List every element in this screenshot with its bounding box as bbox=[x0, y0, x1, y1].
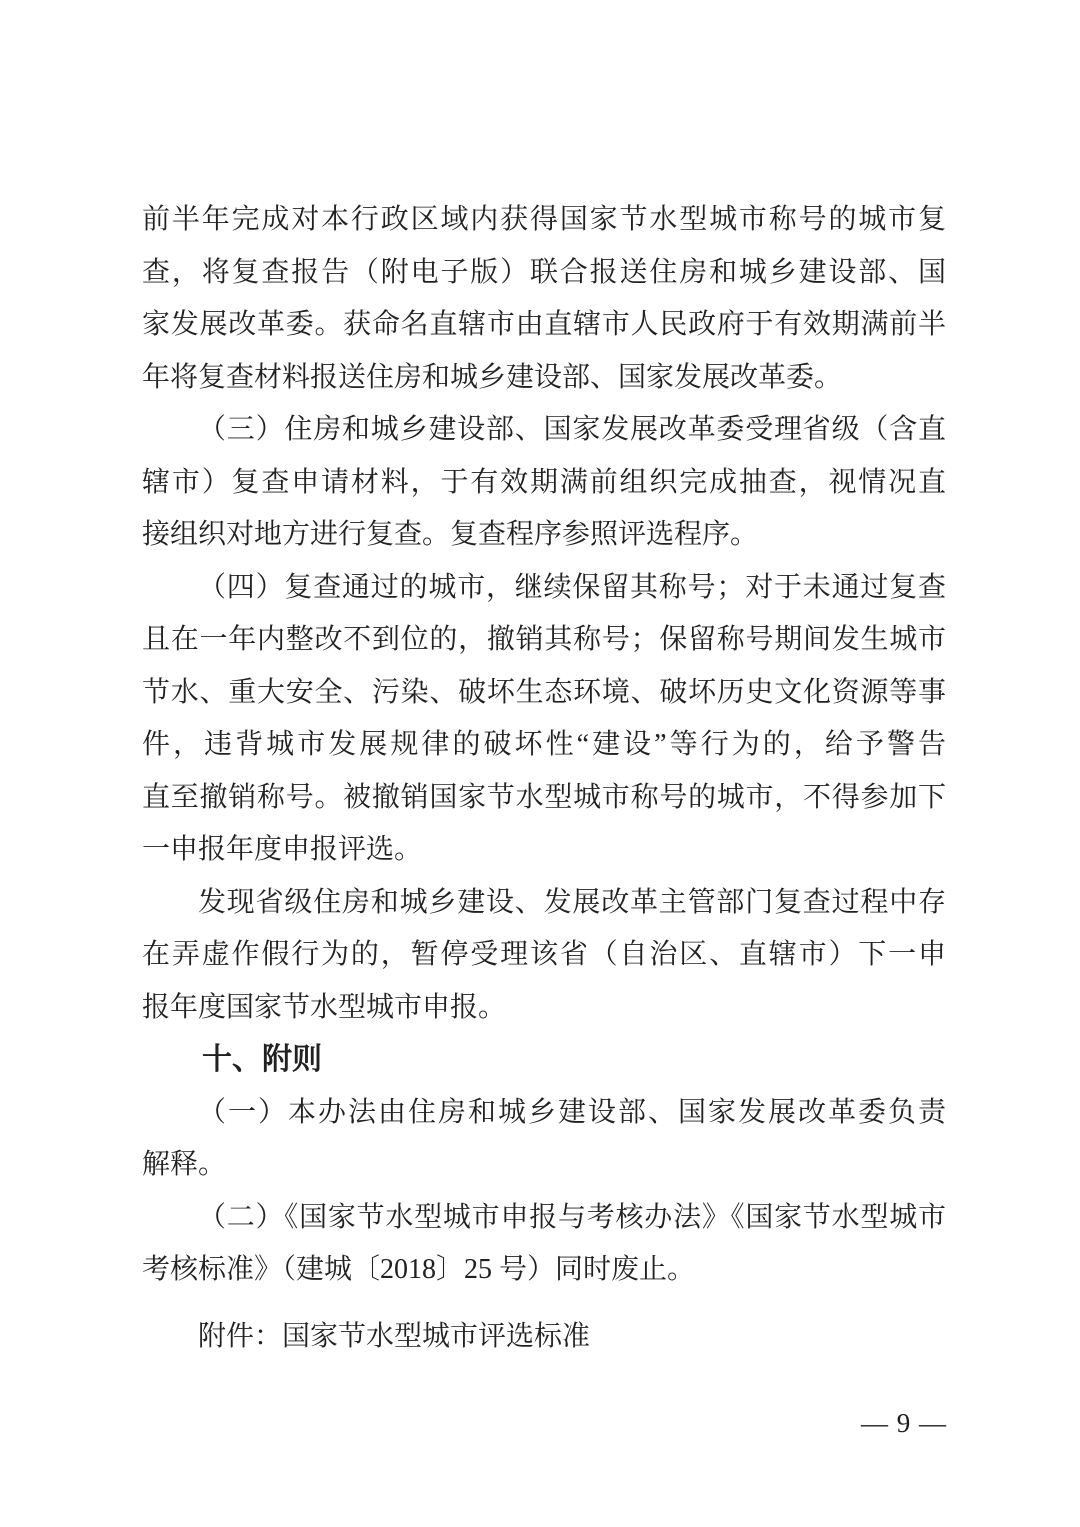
body-line-item-two: （二）《国家节水型城市申报与考核办法》《国家节水型城市 bbox=[142, 1192, 946, 1245]
body-line-item-one: （一）本办法由住房和城乡建设部、国家发展改革委负责 bbox=[142, 1087, 946, 1140]
attachment-note: 附件：国家节水型城市评选标准 bbox=[142, 1311, 946, 1364]
body-line: 前半年完成对本行政区域内获得国家节水型城市称号的城市复 bbox=[142, 194, 946, 247]
body-line: 报年度国家节水型城市申报。 bbox=[142, 982, 946, 1035]
body-line: 节水、重大安全、污染、破坏生态环境、破坏历史文化资源等事 bbox=[142, 667, 946, 720]
body-line: 家发展改革委。获命名直辖市由直辖市人民政府于有效期满前半 bbox=[142, 299, 946, 352]
body-line: 且在一年内整改不到位的，撤销其称号；保留称号期间发生城市 bbox=[142, 614, 946, 667]
body-line-item-four: （四）复查通过的城市，继续保留其称号；对于未通过复查 bbox=[142, 562, 946, 615]
body-line: 件，违背城市发展规律的破坏性“建设”等行为的，给予警告 bbox=[142, 719, 946, 772]
body-line: 辖市）复查申请材料，于有效期满前组织完成抽查，视情况直 bbox=[142, 457, 946, 510]
body-line: 接组织对地方进行复查。复查程序参照评选程序。 bbox=[142, 509, 946, 562]
body-line: 考核标准》（建城〔2018〕25 号）同时废止。 bbox=[142, 1244, 946, 1297]
page-number: — 9 — bbox=[861, 1408, 947, 1439]
body-line: 年将复查材料报送住房和城乡建设部、国家发展改革委。 bbox=[142, 352, 946, 405]
body-line: 解释。 bbox=[142, 1139, 946, 1192]
body-line: 在弄虚作假行为的，暂停受理该省（自治区、直辖市）下一申 bbox=[142, 929, 946, 982]
body-line: 查，将复查报告（附电子版）联合报送住房和城乡建设部、国 bbox=[142, 247, 946, 300]
document-page: 前半年完成对本行政区域内获得国家节水型城市称号的城市复 查，将复查报告（附电子版… bbox=[0, 0, 1080, 1527]
section-heading: 十、附则 bbox=[142, 1034, 946, 1087]
body-line: 发现省级住房和城乡建设、发展改革主管部门复查过程中存 bbox=[142, 877, 946, 930]
body-line: 一申报年度申报评选。 bbox=[142, 824, 946, 877]
document-body: 前半年完成对本行政区域内获得国家节水型城市称号的城市复 查，将复查报告（附电子版… bbox=[142, 194, 946, 1363]
body-line-item-three: （三）住房和城乡建设部、国家发展改革委受理省级（含直 bbox=[142, 404, 946, 457]
body-line: 直至撤销称号。被撤销国家节水型城市称号的城市，不得参加下 bbox=[142, 772, 946, 825]
